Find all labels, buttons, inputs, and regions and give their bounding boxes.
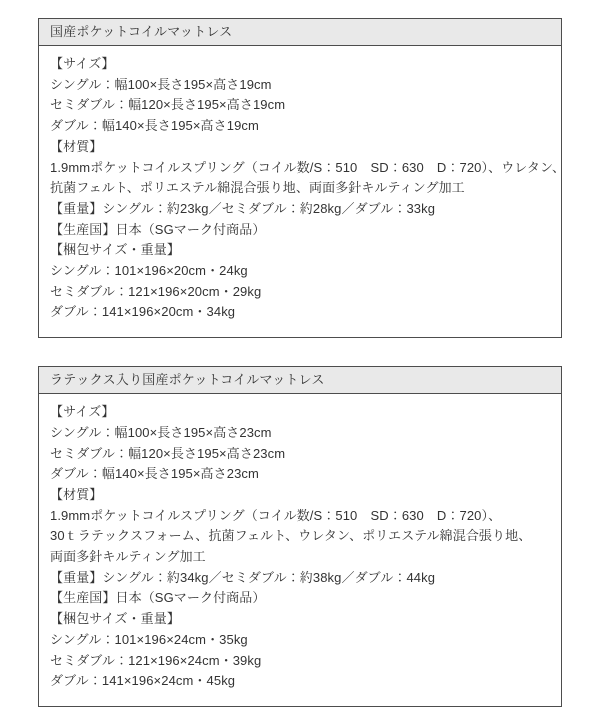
spec-line-package-double: ダブル：141×196×24cm・45kg — [50, 671, 550, 692]
spec-line-size-semidouble: セミダブル：幅120×長さ195×高さ19cm — [50, 95, 550, 116]
spec-box-header: 国産ポケットコイルマットレス — [39, 19, 561, 46]
spec-line-material-2: 抗菌フェルト、ポリエステル綿混合張り地、両面多針キルティング加工 — [50, 178, 550, 199]
spec-line-size-double: ダブル：幅140×長さ195×高さ23cm — [50, 464, 550, 485]
spec-line-package-single: シングル：101×196×20cm・24kg — [50, 261, 550, 282]
spec-box-body: 【サイズ】 シングル：幅100×長さ195×高さ23cm セミダブル：幅120×… — [39, 394, 561, 706]
spec-line-material-heading: 【材質】 — [50, 485, 550, 506]
spec-box-header: ラテックス入り国産ポケットコイルマットレス — [39, 367, 561, 394]
spec-line-material-1: 1.9mmポケットコイルスプリング（コイル数/S：510 SD：630 D：72… — [50, 158, 550, 179]
spec-line-package-heading: 【梱包サイズ・重量】 — [50, 240, 550, 261]
product-spec-page: 国産ポケットコイルマットレス 【サイズ】 シングル：幅100×長さ195×高さ1… — [0, 0, 600, 690]
spec-line-package-double: ダブル：141×196×20cm・34kg — [50, 302, 550, 323]
spec-line-material-3: 両面多針キルティング加工 — [50, 547, 550, 568]
spec-line-size-heading: 【サイズ】 — [50, 402, 550, 423]
spec-line-material-heading: 【材質】 — [50, 137, 550, 158]
spec-box-body: 【サイズ】 シングル：幅100×長さ195×高さ19cm セミダブル：幅120×… — [39, 46, 561, 337]
spec-line-package-single: シングル：101×196×24cm・35kg — [50, 630, 550, 651]
product-title: 国産ポケットコイルマットレス — [50, 24, 232, 39]
spec-box-pocket-coil-mattress: 国産ポケットコイルマットレス 【サイズ】 シングル：幅100×長さ195×高さ1… — [38, 18, 562, 338]
spec-line-size-semidouble: セミダブル：幅120×長さ195×高さ23cm — [50, 444, 550, 465]
spec-box-latex-pocket-coil-mattress: ラテックス入り国産ポケットコイルマットレス 【サイズ】 シングル：幅100×長さ… — [38, 366, 562, 707]
spec-line-weight: 【重量】シングル：約34kg／セミダブル：約38kg／ダブル：44kg — [50, 568, 550, 589]
spec-line-country: 【生産国】日本（SGマーク付商品） — [50, 588, 550, 609]
spec-line-package-semidouble: セミダブル：121×196×20cm・29kg — [50, 282, 550, 303]
spec-line-material-1: 1.9mmポケットコイルスプリング（コイル数/S：510 SD：630 D：72… — [50, 506, 550, 527]
spec-line-size-double: ダブル：幅140×長さ195×高さ19cm — [50, 116, 550, 137]
spec-line-country: 【生産国】日本（SGマーク付商品） — [50, 220, 550, 241]
spec-line-material-2: 30ｔラテックスフォーム、抗菌フェルト、ウレタン、ポリエステル綿混合張り地、 — [50, 526, 550, 547]
spec-line-package-semidouble: セミダブル：121×196×24cm・39kg — [50, 651, 550, 672]
spec-line-size-single: シングル：幅100×長さ195×高さ23cm — [50, 423, 550, 444]
spec-line-size-heading: 【サイズ】 — [50, 54, 550, 75]
spec-line-weight: 【重量】シングル：約23kg／セミダブル：約28kg／ダブル：33kg — [50, 199, 550, 220]
spec-line-size-single: シングル：幅100×長さ195×高さ19cm — [50, 75, 550, 96]
product-title: ラテックス入り国産ポケットコイルマットレス — [50, 372, 325, 387]
spec-line-package-heading: 【梱包サイズ・重量】 — [50, 609, 550, 630]
